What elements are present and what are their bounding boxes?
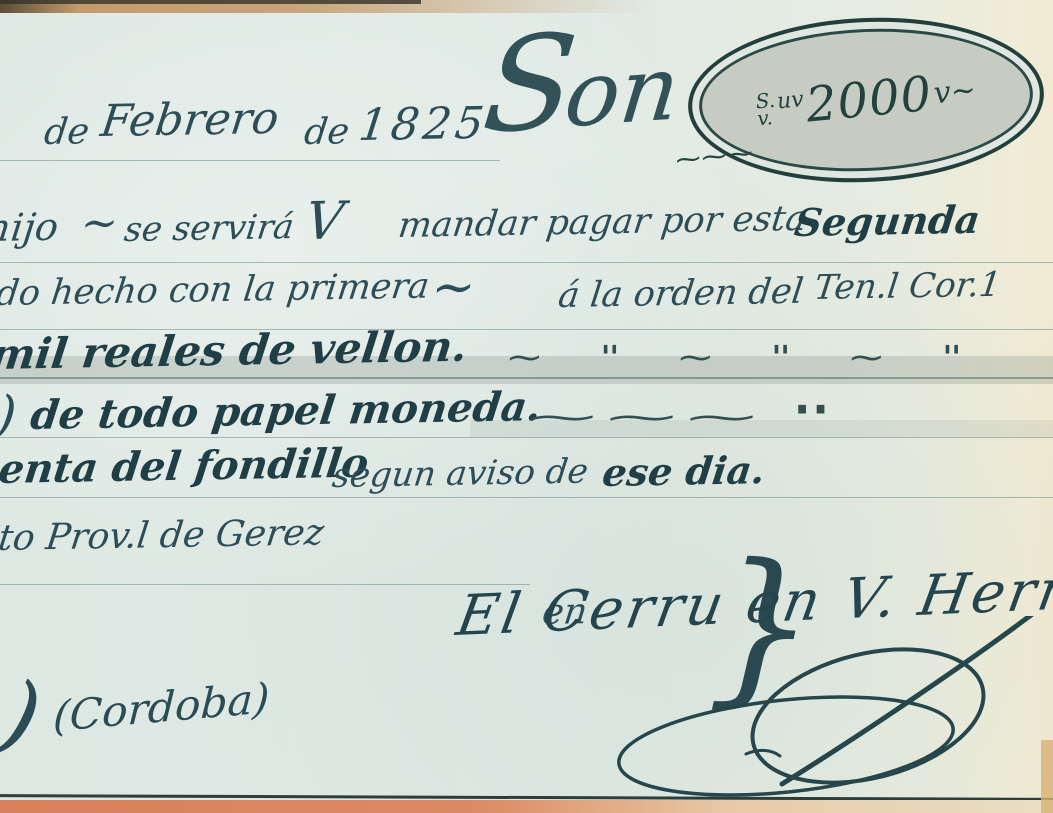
flourish-mark: ~ [78, 197, 121, 249]
body-line4-papel-moneda: de todo papel moneda. [28, 383, 544, 439]
photo-bottom-edge [0, 800, 1053, 813]
ruled-line [0, 497, 1053, 498]
date-word-de: de [42, 111, 92, 153]
body-line5-fondillo: enta del fondillo [0, 440, 371, 493]
body-line2-hecho: do hecho con la primera [0, 266, 431, 314]
ruled-line [0, 262, 1053, 263]
amount-abbrev-bottom: v. [756, 109, 777, 128]
body-line2-payee: Ten.l Cor.1 [812, 265, 1003, 308]
flourish-mark: ~ [428, 257, 479, 318]
body-line1-mandar-pagar: mandar pagar por esta [396, 199, 809, 246]
body-line1-word: hijo [0, 205, 61, 250]
body-line1-servira: se servirá [122, 207, 296, 250]
flourish-mark: ) [0, 668, 50, 766]
amount-abbreviation: S. v. [755, 92, 778, 128]
ruled-line [0, 584, 530, 585]
place-cordoba: (Cordoba) [52, 674, 271, 741]
ruled-line [0, 160, 500, 161]
body-line1-usted: V [302, 191, 347, 252]
amount-suffix: v~ [932, 72, 977, 111]
photo-top-edge-shadow [0, 0, 421, 4]
photo-corner-edge [1041, 740, 1053, 813]
amount-stamp-text: S. v. uv 2000 v~ [754, 62, 979, 139]
stamp-underflourish: ~~~ [670, 138, 754, 176]
line-filler-marks: ~~~ " [520, 398, 831, 436]
line-filler-marks: ~ " ~ " ~ " [505, 338, 983, 376]
amount-abbrev-mid: uv [776, 87, 805, 114]
body-line2-orden: á la orden del [556, 272, 806, 316]
ruled-line [0, 437, 1053, 438]
amount-word-calligraphy: Son [478, 9, 687, 153]
amount-in-words: mil reales de vellon. [0, 322, 470, 379]
amount-value: 2000 [803, 66, 934, 134]
body-line1-segunda: Segunda [792, 197, 983, 245]
body-line6-provincia: to Prov.l de Gerez [0, 512, 326, 559]
date-year: 1825 [356, 98, 491, 151]
ruled-line [0, 377, 1053, 379]
signature-rubrica-flourish [596, 616, 1053, 808]
bill-of-exchange-document: de Febrero de 1825 Son S. v. uv 2000 v~ … [0, 0, 1053, 813]
body-line5-segun-aviso: segun aviso de [330, 452, 590, 496]
date-word-de: de [302, 111, 352, 153]
body-line5-ese-dia: ese dia. [600, 447, 768, 495]
date-month: Febrero [98, 93, 282, 147]
